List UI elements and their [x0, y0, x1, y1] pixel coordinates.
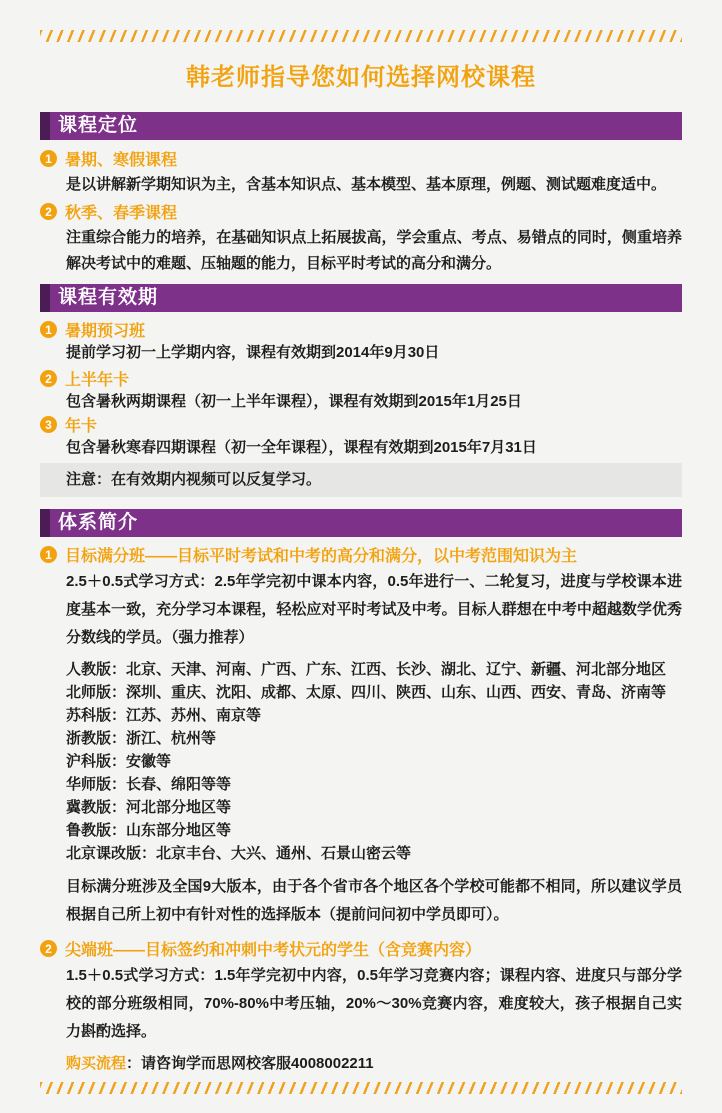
version-line: 华师版：长春、绵阳等等 — [66, 773, 682, 796]
number-1-badge-icon: 1 — [40, 546, 57, 563]
item-heading: 秋季、春季课程 — [65, 200, 177, 223]
section-header-label: 课程有效期 — [50, 284, 682, 312]
item-heading: 暑期、寒假课程 — [65, 147, 177, 170]
list-item-top-tier-class: 2 尖端班——目标签约和冲刺中考状元的学生（含竞赛内容） 1.5＋0.5式学习方… — [40, 939, 682, 1046]
list-item-half-year-card: 2 上半年卡 包含暑秋两期课程（初一上半年课程），课程有效期到2015年1月25… — [40, 369, 682, 413]
version-line: 人教版：北京、天津、河南、广西、广东、江西、长沙、湖北、辽宁、新疆、河北部分地区 — [66, 658, 682, 681]
number-1-badge-icon: 1 — [40, 321, 57, 338]
page-title: 韩老师指导您如何选择网校课程 — [40, 62, 682, 94]
header-accent-bar — [40, 284, 50, 312]
number-2-badge-icon: 2 — [40, 203, 57, 220]
item-heading: 目标满分班——目标平时考试和中考的高分和满分，以中考范围知识为主 — [65, 543, 577, 566]
purchase-line: 购买流程：请咨询学而思网校客服4008002211 — [66, 1054, 682, 1074]
number-2-badge-icon: 2 — [40, 940, 57, 957]
number-3-badge-icon: 3 — [40, 416, 57, 433]
version-line: 鲁教版：山东部分地区等 — [66, 819, 682, 842]
version-line: 冀教版：河北部分地区等 — [66, 796, 682, 819]
decorative-hatch-bottom — [40, 1082, 682, 1094]
version-line: 苏科版：江苏、苏州、南京等 — [66, 704, 682, 727]
item-heading: 尖端班——目标签约和冲刺中考状元的学生（含竞赛内容） — [65, 937, 481, 960]
section-header-course-positioning: 课程定位 — [40, 112, 682, 140]
note-box: 注意：在有效期内视频可以反复学习。 — [40, 463, 682, 497]
section-course-positioning: 课程定位 1 暑期、寒假课程 是以讲解新学期知识为主，含基本知识点、基本模型、基… — [40, 112, 682, 277]
header-accent-bar — [40, 112, 50, 140]
version-line: 北京课改版：北京丰台、大兴、通州、石景山密云等 — [66, 842, 682, 865]
decorative-hatch-top — [40, 30, 682, 42]
item-body: 注重综合能力的培养，在基础知识点上拓展拔高，学会重点、考点、易错点的同时，侧重培… — [66, 225, 682, 277]
item-body: 是以讲解新学期知识为主，含基本知识点、基本模型、基本原理，例题、测试题难度适中。 — [66, 172, 682, 198]
course-guide-page: 韩老师指导您如何选择网校课程 课程定位 1 暑期、寒假课程 是以讲解新学期知识为… — [0, 0, 722, 1113]
item-paragraph: 1.5＋0.5式学习方式：1.5年学完初中内容，0.5年学习竞赛内容；课程内容、… — [66, 962, 682, 1046]
item-heading: 上半年卡 — [65, 367, 129, 390]
item-paragraph-advice: 目标满分班涉及全国9大版本，由于各个省市各个地区各个学校可能都不相同，所以建议学… — [66, 873, 682, 929]
purchase-label: 购买流程 — [66, 1055, 126, 1072]
list-item-year-card: 3 年卡 包含暑秋寒春四期课程（初一全年课程），课程有效期到2015年7月31日 — [40, 415, 682, 459]
list-item-fall-spring-course: 2 秋季、春季课程 注重综合能力的培养，在基础知识点上拓展拔高，学会重点、考点、… — [40, 202, 682, 277]
version-line: 沪科版：安徽等 — [66, 750, 682, 773]
section-header-system-intro: 体系简介 — [40, 509, 682, 537]
item-body: 提前学习初一上学期内容，课程有效期到2014年9月30日 — [66, 342, 682, 364]
item-paragraph: 2.5＋0.5式学习方式：2.5年学完初中课本内容，0.5年进行一、二轮复习，进… — [66, 568, 682, 652]
section-header-label: 体系简介 — [50, 509, 682, 537]
section-header-course-validity: 课程有效期 — [40, 284, 682, 312]
item-heading: 年卡 — [65, 413, 97, 436]
section-header-label: 课程定位 — [50, 112, 682, 140]
header-accent-bar — [40, 509, 50, 537]
version-line: 北师版：深圳、重庆、沈阳、成都、太原、四川、陕西、山东、山西、西安、青岛、济南等 — [66, 681, 682, 704]
version-line: 浙教版：浙江、杭州等 — [66, 727, 682, 750]
list-item-summer-winter-course: 1 暑期、寒假课程 是以讲解新学期知识为主，含基本知识点、基本模型、基本原理，例… — [40, 149, 682, 198]
number-2-badge-icon: 2 — [40, 370, 57, 387]
section-system-intro: 体系简介 1 目标满分班——目标平时考试和中考的高分和满分，以中考范围知识为主 … — [40, 509, 682, 1046]
section-course-validity: 课程有效期 1 暑期预习班 提前学习初一上学期内容，课程有效期到2014年9月3… — [40, 284, 682, 497]
list-item-full-score-class: 1 目标满分班——目标平时考试和中考的高分和满分，以中考范围知识为主 2.5＋0… — [40, 545, 682, 929]
item-body: 包含暑秋寒春四期课程（初一全年课程），课程有效期到2015年7月31日 — [66, 437, 682, 459]
item-body: 包含暑秋两期课程（初一上半年课程），课程有效期到2015年1月25日 — [66, 391, 682, 413]
purchase-text: ：请咨询学而思网校客服4008002211 — [126, 1055, 374, 1072]
number-1-badge-icon: 1 — [40, 150, 57, 167]
item-heading: 暑期预习班 — [65, 318, 145, 341]
list-item-summer-preview-class: 1 暑期预习班 提前学习初一上学期内容，课程有效期到2014年9月30日 — [40, 320, 682, 364]
textbook-version-list: 人教版：北京、天津、河南、广西、广东、江西、长沙、湖北、辽宁、新疆、河北部分地区… — [66, 658, 682, 865]
